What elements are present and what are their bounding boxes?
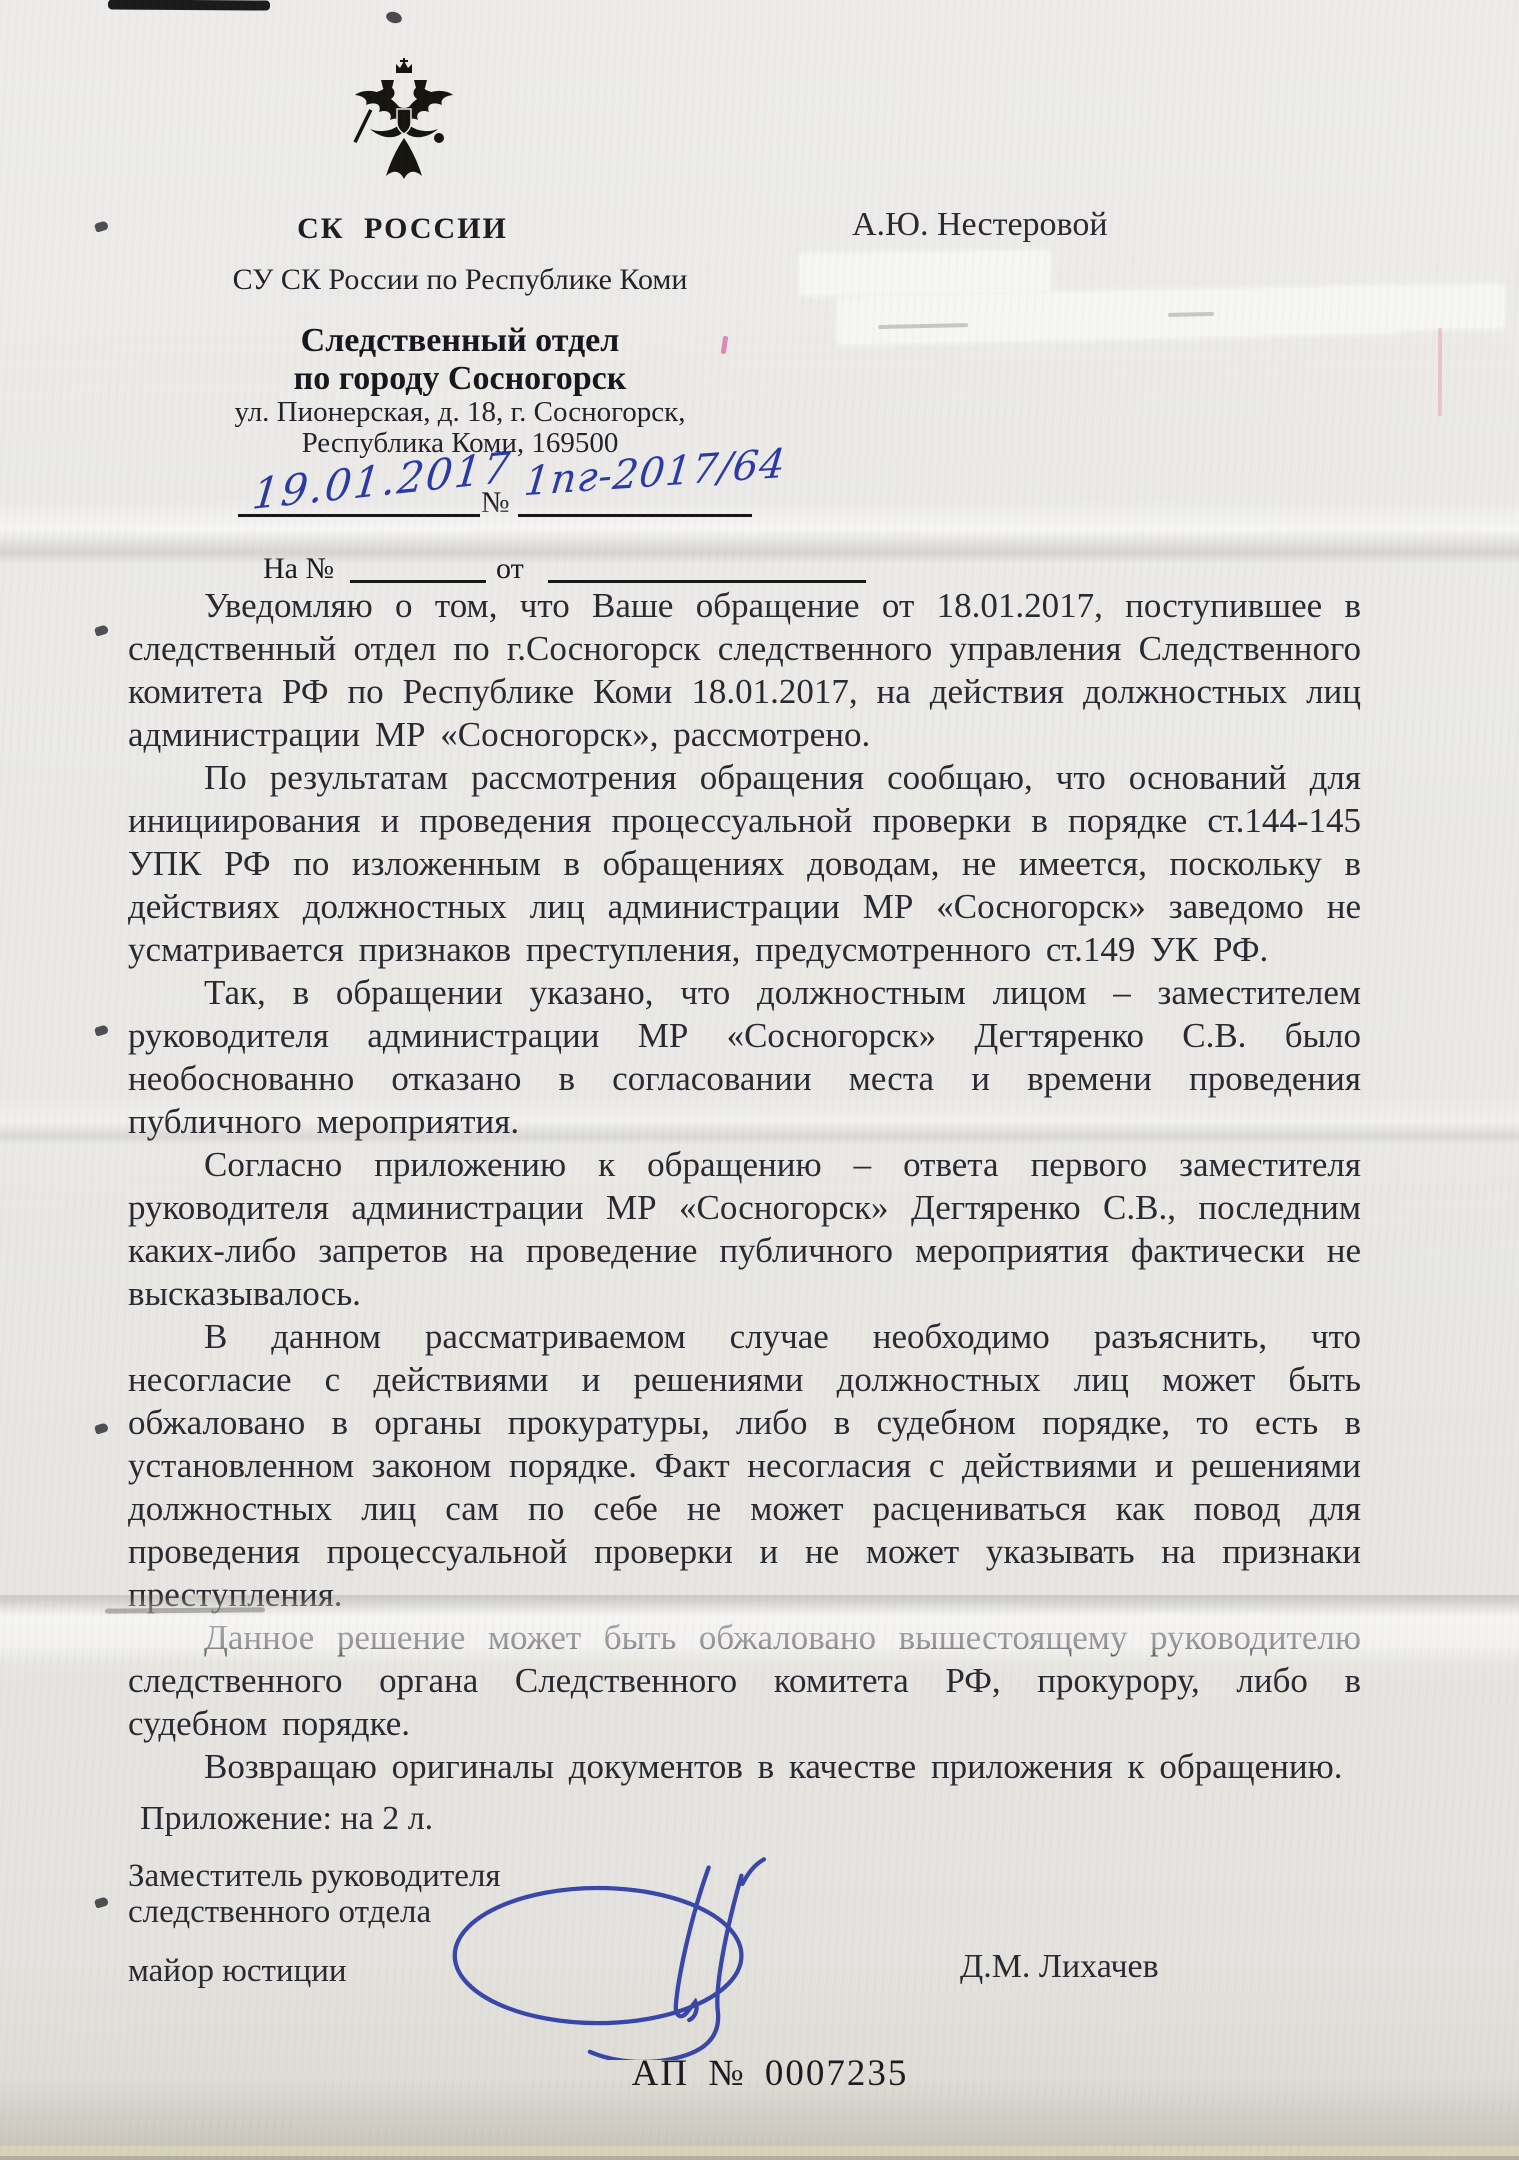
- redaction-block: [800, 251, 1051, 294]
- scan-edge: [0, 2156, 1519, 2160]
- department-line1: Следственный отдел: [150, 322, 770, 360]
- margin-mark: [94, 1024, 109, 1036]
- pink-pen-mark: [1438, 328, 1442, 416]
- signer-rank: майор юстиции: [128, 1953, 347, 1990]
- margin-mark: [94, 624, 109, 636]
- ref-date-underline: [548, 552, 866, 583]
- ref-number-underline: [350, 552, 486, 583]
- org-name-top: СК РОССИИ: [150, 212, 655, 246]
- margin-mark: [94, 1422, 109, 1434]
- attachment-note: Приложение: на 2 л.: [140, 1800, 433, 1838]
- paragraph: Уведомляю о том, что Ваше обращение от 1…: [128, 584, 1361, 756]
- paragraph: Так, в обращении указано, что должностны…: [128, 971, 1361, 1143]
- body-paragraphs: Уведомляю о том, что Ваше обращение от 1…: [128, 584, 1361, 1788]
- paragraph: Согласно приложению к обращению – ответа…: [128, 1143, 1361, 1315]
- paragraph: Данное решение может быть обжаловано выш…: [128, 1616, 1361, 1745]
- signer-position-line2: следственного отдела: [128, 1894, 431, 1931]
- margin-mark: [94, 1896, 109, 1908]
- paragraph: Возвращаю оригиналы документов в качеств…: [128, 1745, 1361, 1788]
- coat-of-arms-icon: [352, 58, 456, 201]
- ref-from-label: от: [496, 552, 524, 586]
- handwritten-signature-icon: [430, 1845, 930, 2065]
- paragraph: По результатам рассмотрения обращения со…: [128, 756, 1361, 971]
- org-name-regional: СУ СК России по Республике Коми: [150, 263, 770, 297]
- recipient-name: А.Ю. Нестеровой: [852, 206, 1112, 244]
- margin-mark: [94, 220, 109, 232]
- paragraph: В данном рассматриваемом случае необходи…: [128, 1315, 1361, 1616]
- department-line2: по городу Сосногорск: [150, 360, 770, 398]
- redaction-block: [838, 286, 1399, 344]
- ref-prefix: На №: [263, 552, 334, 586]
- redaction-block: [1392, 285, 1505, 329]
- scan-speck: [385, 10, 403, 25]
- scanned-letter-page: СК РОССИИ СУ СК России по Республике Ком…: [0, 0, 1519, 2160]
- scan-smudge: [108, 0, 270, 11]
- address-line1: ул. Пионерская, д. 18, г. Сосногорск,: [150, 396, 770, 429]
- signer-name: Д.М. Лихачев: [960, 1948, 1159, 1986]
